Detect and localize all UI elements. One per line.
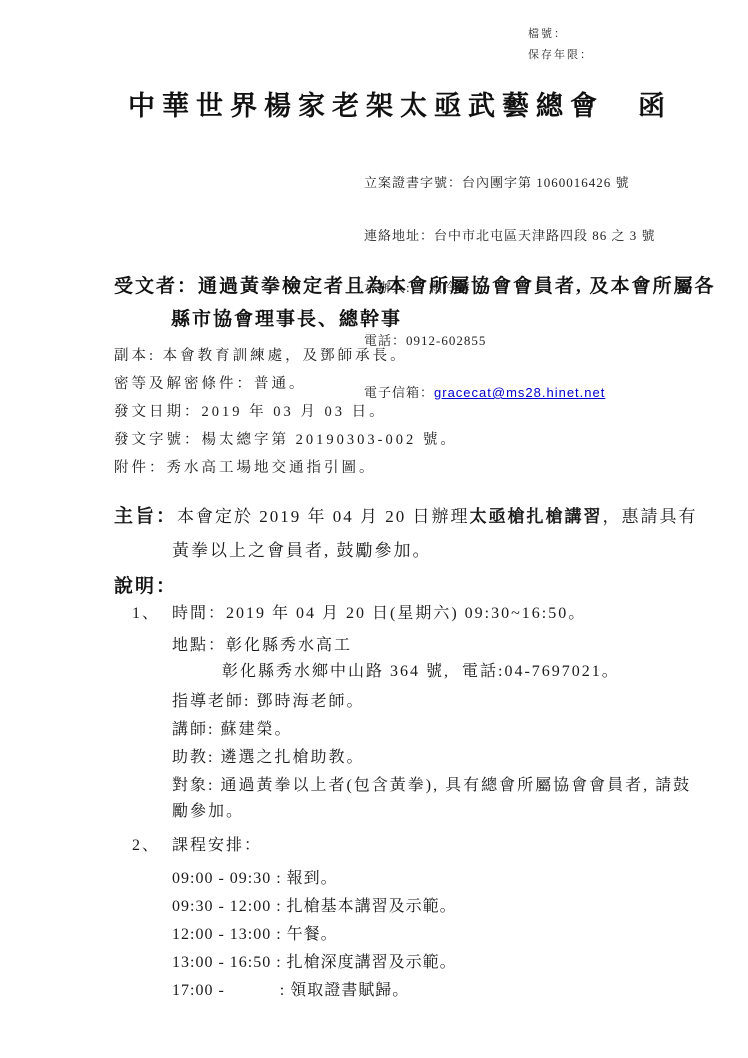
document-title: 中華世界楊家老架太亟武藝總會 函 xyxy=(0,84,748,123)
subject-line1: 主旨：本會定於 2019 年 04 月 20 日辦理太亟槍扎槍講習，惠請具有 xyxy=(114,500,698,534)
item1-target-line2: 勵參加。 xyxy=(172,799,691,825)
item1-time: 時間：2019 年 04 月 20 日(星期六) 09:30~16:50。 xyxy=(172,605,586,622)
document-page: 檔號： 保存年限： 中華世界楊家老架太亟武藝總會 函 立案證書字號：台內團字第 … xyxy=(0,0,748,1058)
recipient-text-line1: 通過黃拳檢定者且為本會所屬協會會員者, 及本會所屬各 xyxy=(198,276,716,297)
item1-lecturer: 講師: 蘇建榮。 xyxy=(172,717,691,743)
org-cert-number: 立案證書字號：台內團字第 1060016426 號 xyxy=(364,174,656,192)
schedule-list: 09:00 - 09:30 : 報到。 09:30 - 12:00 : 扎槍基本… xyxy=(172,865,457,1005)
item1-target-line1: 對象: 通過黃拳以上者(包含黃拳), 具有總會所屬協會會員者, 請鼓 xyxy=(172,773,691,799)
meta-issue-number: 發文字號：楊太總字第 20190303-002 號。 xyxy=(114,426,458,454)
meta-classification: 密等及解密條件：普通。 xyxy=(114,370,458,398)
subject-text-post: ，惠請具有 xyxy=(603,507,698,526)
meta-block: 副本: 本會教育訓練處，及鄧師承長。 密等及解密條件：普通。 發文日期：2019… xyxy=(114,342,458,482)
recipient-line1: 受文者：通過黃拳檢定者且為本會所屬協會會員者, 及本會所屬各 xyxy=(114,270,716,303)
meta-copy-to: 副本: 本會教育訓練處，及鄧師承長。 xyxy=(114,342,458,370)
org-address: 連絡地址：台中市北屯區天津路四段 86 之 3 號 xyxy=(364,227,656,245)
meta-issue-date: 發文日期：2019 年 03 月 03 日。 xyxy=(114,398,458,426)
file-number-label: 檔號： xyxy=(528,24,593,45)
item1-time-line: 1、時間：2019 年 04 月 20 日(星期六) 09:30~16:50。 xyxy=(132,601,691,627)
item1-assistant: 助教: 遴選之扎槍助教。 xyxy=(172,745,691,771)
item1-location-address: 彰化縣秀水鄉中山路 364 號, 電話:04-7697021。 xyxy=(222,659,691,685)
schedule-line: 09:00 - 09:30 : 報到。 xyxy=(172,865,457,893)
recipient-label: 受文者： xyxy=(114,276,198,297)
recipient-block: 受文者：通過黃拳檢定者且為本會所屬協會會員者, 及本會所屬各 縣市協會理事長、總… xyxy=(114,270,716,336)
item1-number: 1、 xyxy=(132,601,172,627)
schedule-line: 13:00 - 16:50 : 扎槍深度講習及示範。 xyxy=(172,949,457,977)
subject-block: 主旨：本會定於 2019 年 04 月 20 日辦理太亟槍扎槍講習，惠請具有 黃… xyxy=(114,500,698,568)
item2-title: 課程安排： xyxy=(172,837,262,854)
item1-instructor: 指導老師: 鄧時海老師。 xyxy=(172,689,691,715)
email-link[interactable]: gracecat@ms28.hinet.net xyxy=(434,385,605,400)
item2-title-line: 2、課程安排： xyxy=(132,833,457,859)
item1-location: 地點：彰化縣秀水高工 xyxy=(172,633,691,659)
subject-label: 主旨： xyxy=(114,506,177,527)
item2-number: 2、 xyxy=(132,833,172,859)
subject-text-bold: 太亟槍扎槍講習 xyxy=(470,507,603,526)
explanation-item-1: 1、時間：2019 年 04 月 20 日(星期六) 09:30~16:50。 … xyxy=(132,601,691,825)
schedule-line: 09:30 - 12:00 : 扎槍基本講習及示範。 xyxy=(172,893,457,921)
explanation-label: 說明： xyxy=(114,571,177,598)
schedule-line: 12:00 - 13:00 : 午餐。 xyxy=(172,921,457,949)
retention-period-label: 保存年限： xyxy=(528,45,593,66)
recipient-text-line2: 縣市協會理事長、總幹事 xyxy=(171,303,716,336)
explanation-item-2: 2、課程安排： 09:00 - 09:30 : 報到。 09:30 - 12:0… xyxy=(132,833,457,1005)
schedule-line: 17:00 - : 領取證書賦歸。 xyxy=(172,977,457,1005)
subject-line2: 黃拳以上之會員者, 鼓勵參加。 xyxy=(172,534,698,568)
subject-text-pre: 本會定於 2019 年 04 月 20 日辦理 xyxy=(177,507,470,526)
file-info-block: 檔號： 保存年限： xyxy=(528,24,593,66)
meta-attachment: 附件：秀水高工場地交通指引圖。 xyxy=(114,454,458,482)
